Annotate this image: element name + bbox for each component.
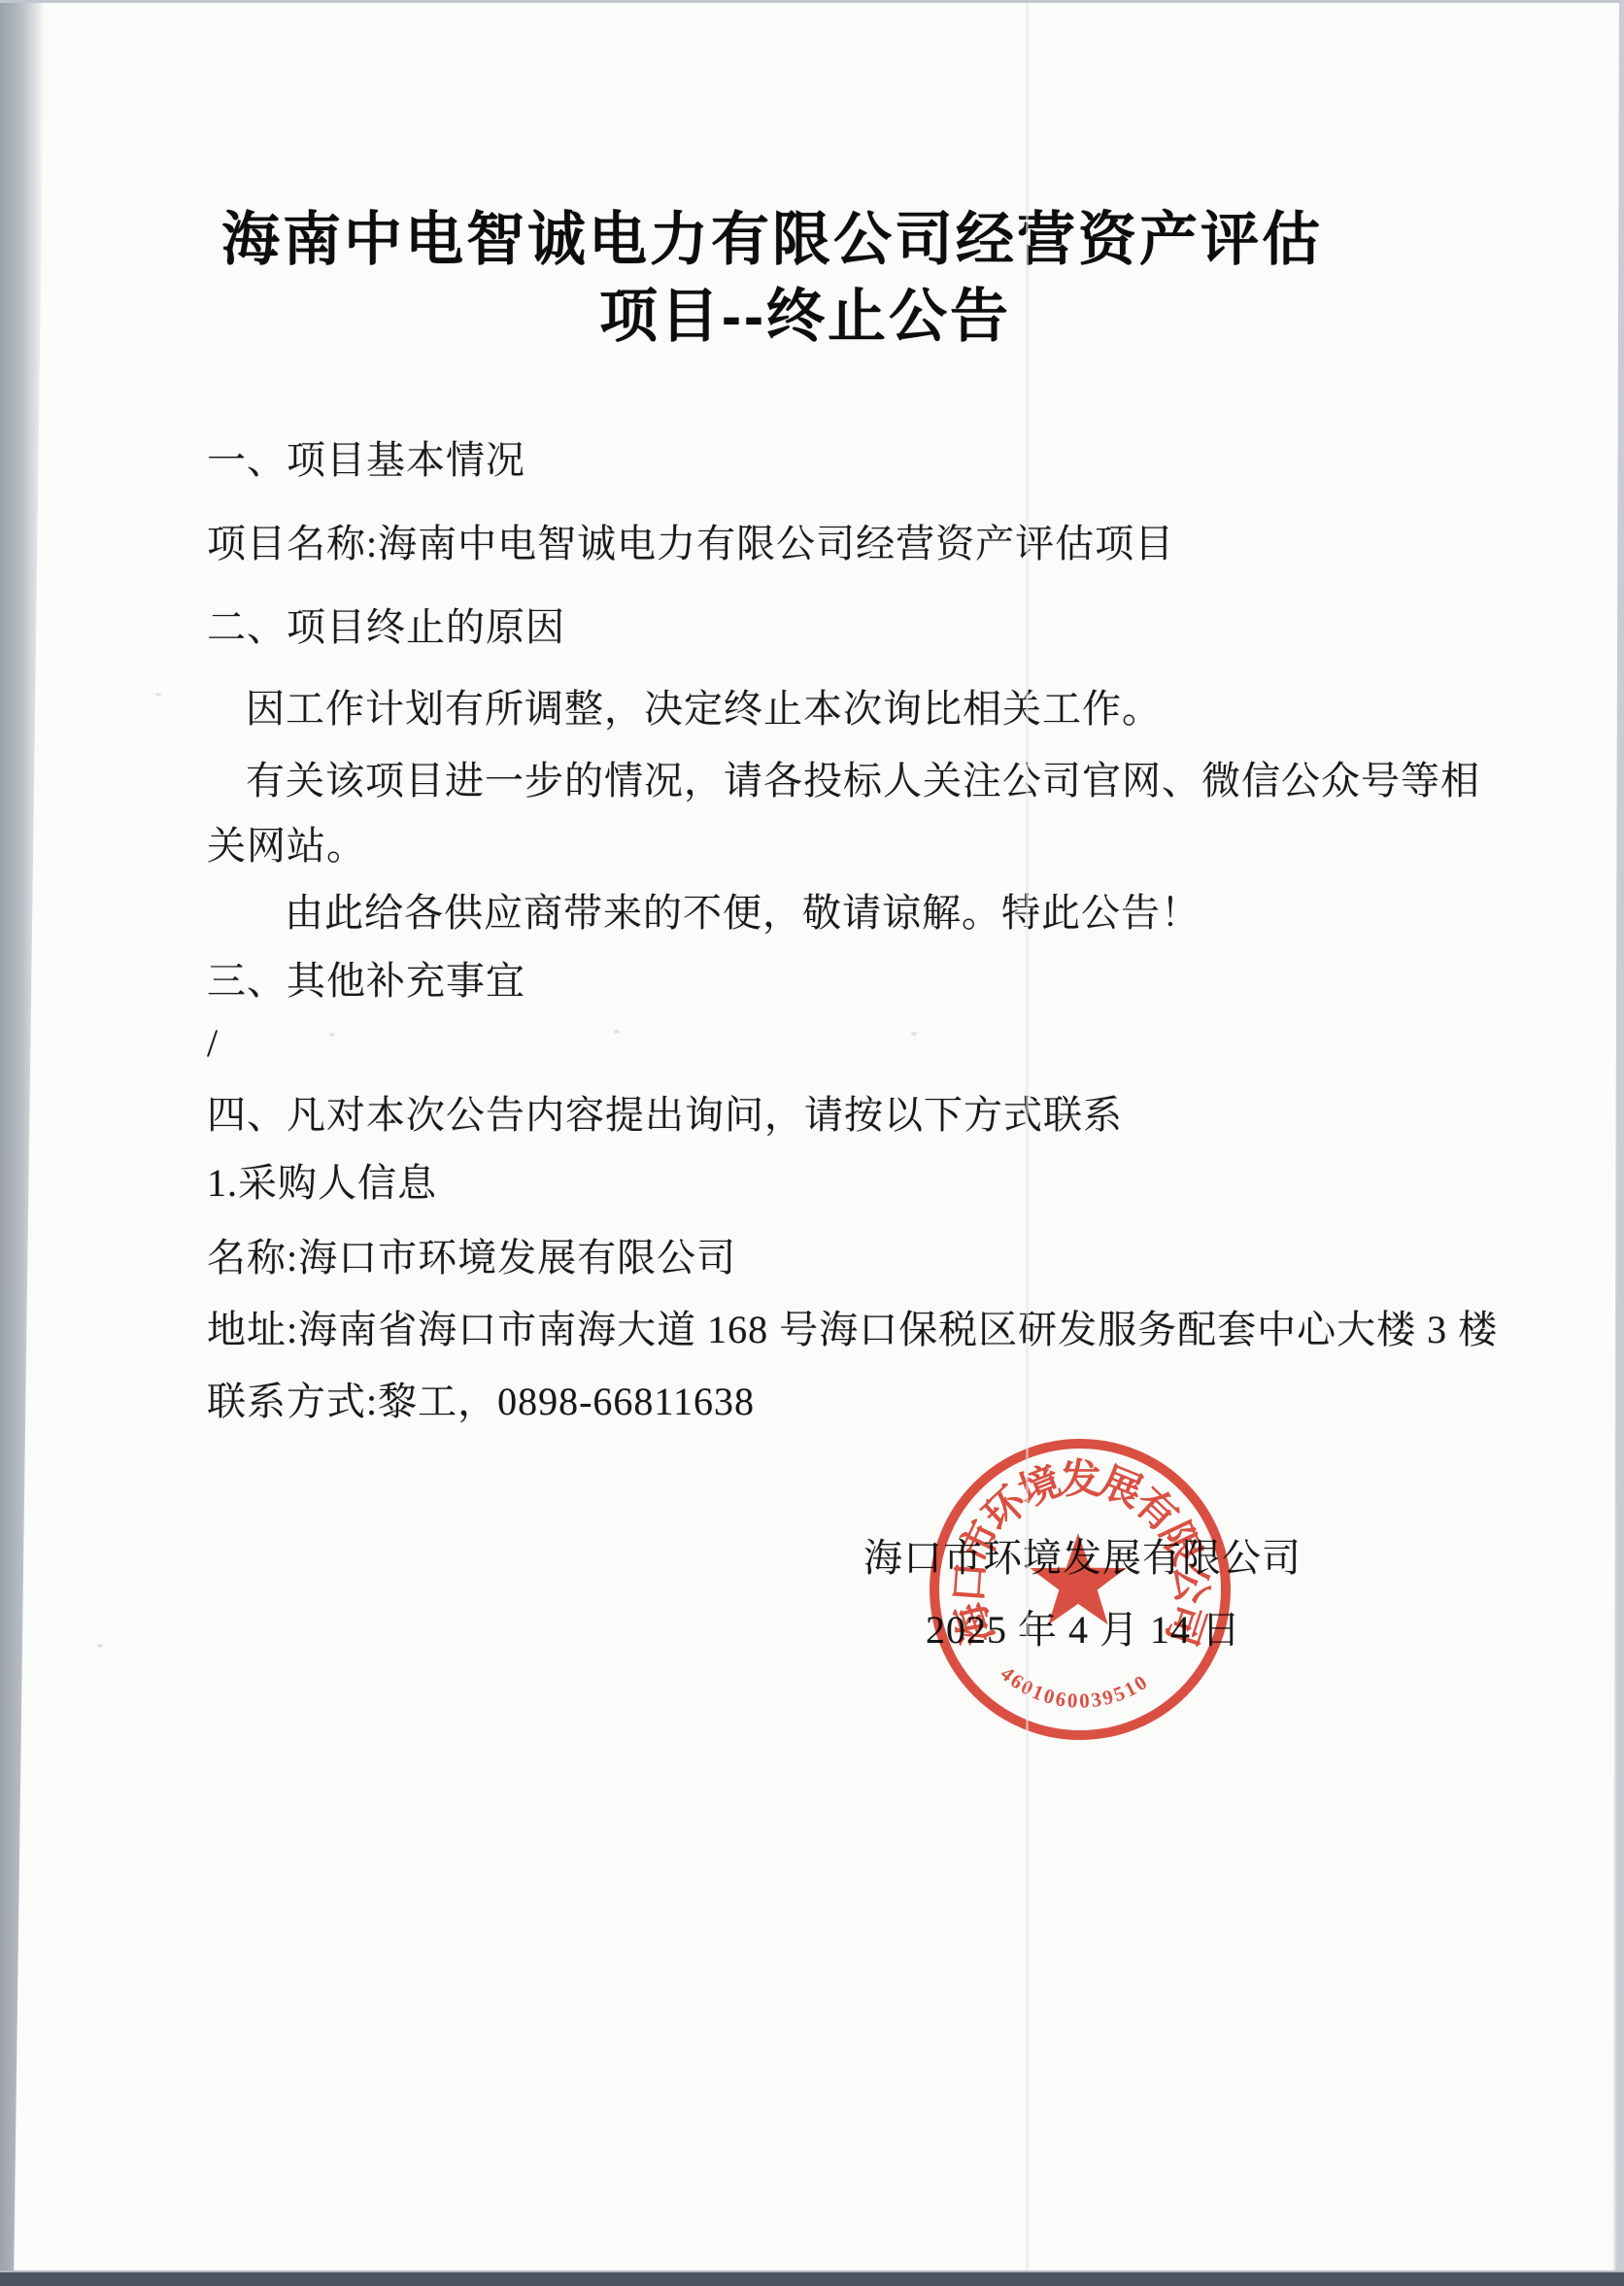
- termination-reason-line: 因工作计划有所调整，决定终止本次询比相关工作。: [246, 686, 1162, 733]
- scanned-document-page: 海南中电智诚电力有限公司经营资产评估 项目--终止公告 一、项目基本情况 项目名…: [0, 0, 1624, 2286]
- section-4-heading: 四、凡对本次公告内容提出询问，请按以下方式联系: [207, 1092, 1123, 1139]
- purchaser-address-line: 地址:海南省海口市南海大道 168 号海口保税区研发服务配套中心大楼 3 楼: [207, 1307, 1498, 1353]
- document-title-line1: 海南中电智诚电力有限公司经营资产评估: [221, 208, 1323, 272]
- purchaser-name-line: 名称:海口市环境发展有限公司: [207, 1235, 736, 1281]
- company-seal-stamp: 海口市环境发展有限公司 4601060039510: [913, 1420, 1248, 1760]
- seal-serial-number: 4601060039510: [997, 1661, 1153, 1712]
- scan-speck: [155, 693, 161, 697]
- scan-speck: [911, 1032, 917, 1036]
- project-name-line: 项目名称:海南中电智诚电力有限公司经营资产评估项目: [207, 521, 1174, 567]
- section-1-heading: 一、项目基本情况: [207, 437, 525, 484]
- seal-star-icon: [1030, 1533, 1126, 1624]
- section-3-heading: 三、其他补充事宜: [207, 958, 525, 1005]
- purchaser-info-heading: 1.采购人信息: [207, 1160, 437, 1207]
- document-title-line2: 项目--终止公告: [599, 285, 1011, 349]
- page-edge-top: [0, 0, 1624, 3]
- scan-streak-line: [1026, 0, 1029, 2272]
- apology-line: 由此给各供应商带来的不便，敬请谅解。特此公告！: [285, 890, 1201, 937]
- scan-speck: [97, 1644, 103, 1648]
- scan-speck: [329, 1033, 335, 1037]
- page-edge-left: [0, 0, 45, 2286]
- notice-line-2: 关网站。: [207, 823, 366, 870]
- notice-line-1: 有关该项目进一步的情况，请各投标人关注公司官网、微信公众号等相: [246, 758, 1480, 804]
- section-3-content: /: [207, 1020, 219, 1067]
- page-edge-right: [1612, 0, 1624, 2286]
- scan-speck: [614, 1030, 620, 1034]
- section-2-heading: 二、项目终止的原因: [207, 604, 565, 651]
- purchaser-contact-line: 联系方式:黎工，0898-66811638: [207, 1379, 755, 1425]
- svg-text:4601060039510: 4601060039510: [997, 1661, 1153, 1712]
- page-edge-bottom: [0, 2272, 1624, 2286]
